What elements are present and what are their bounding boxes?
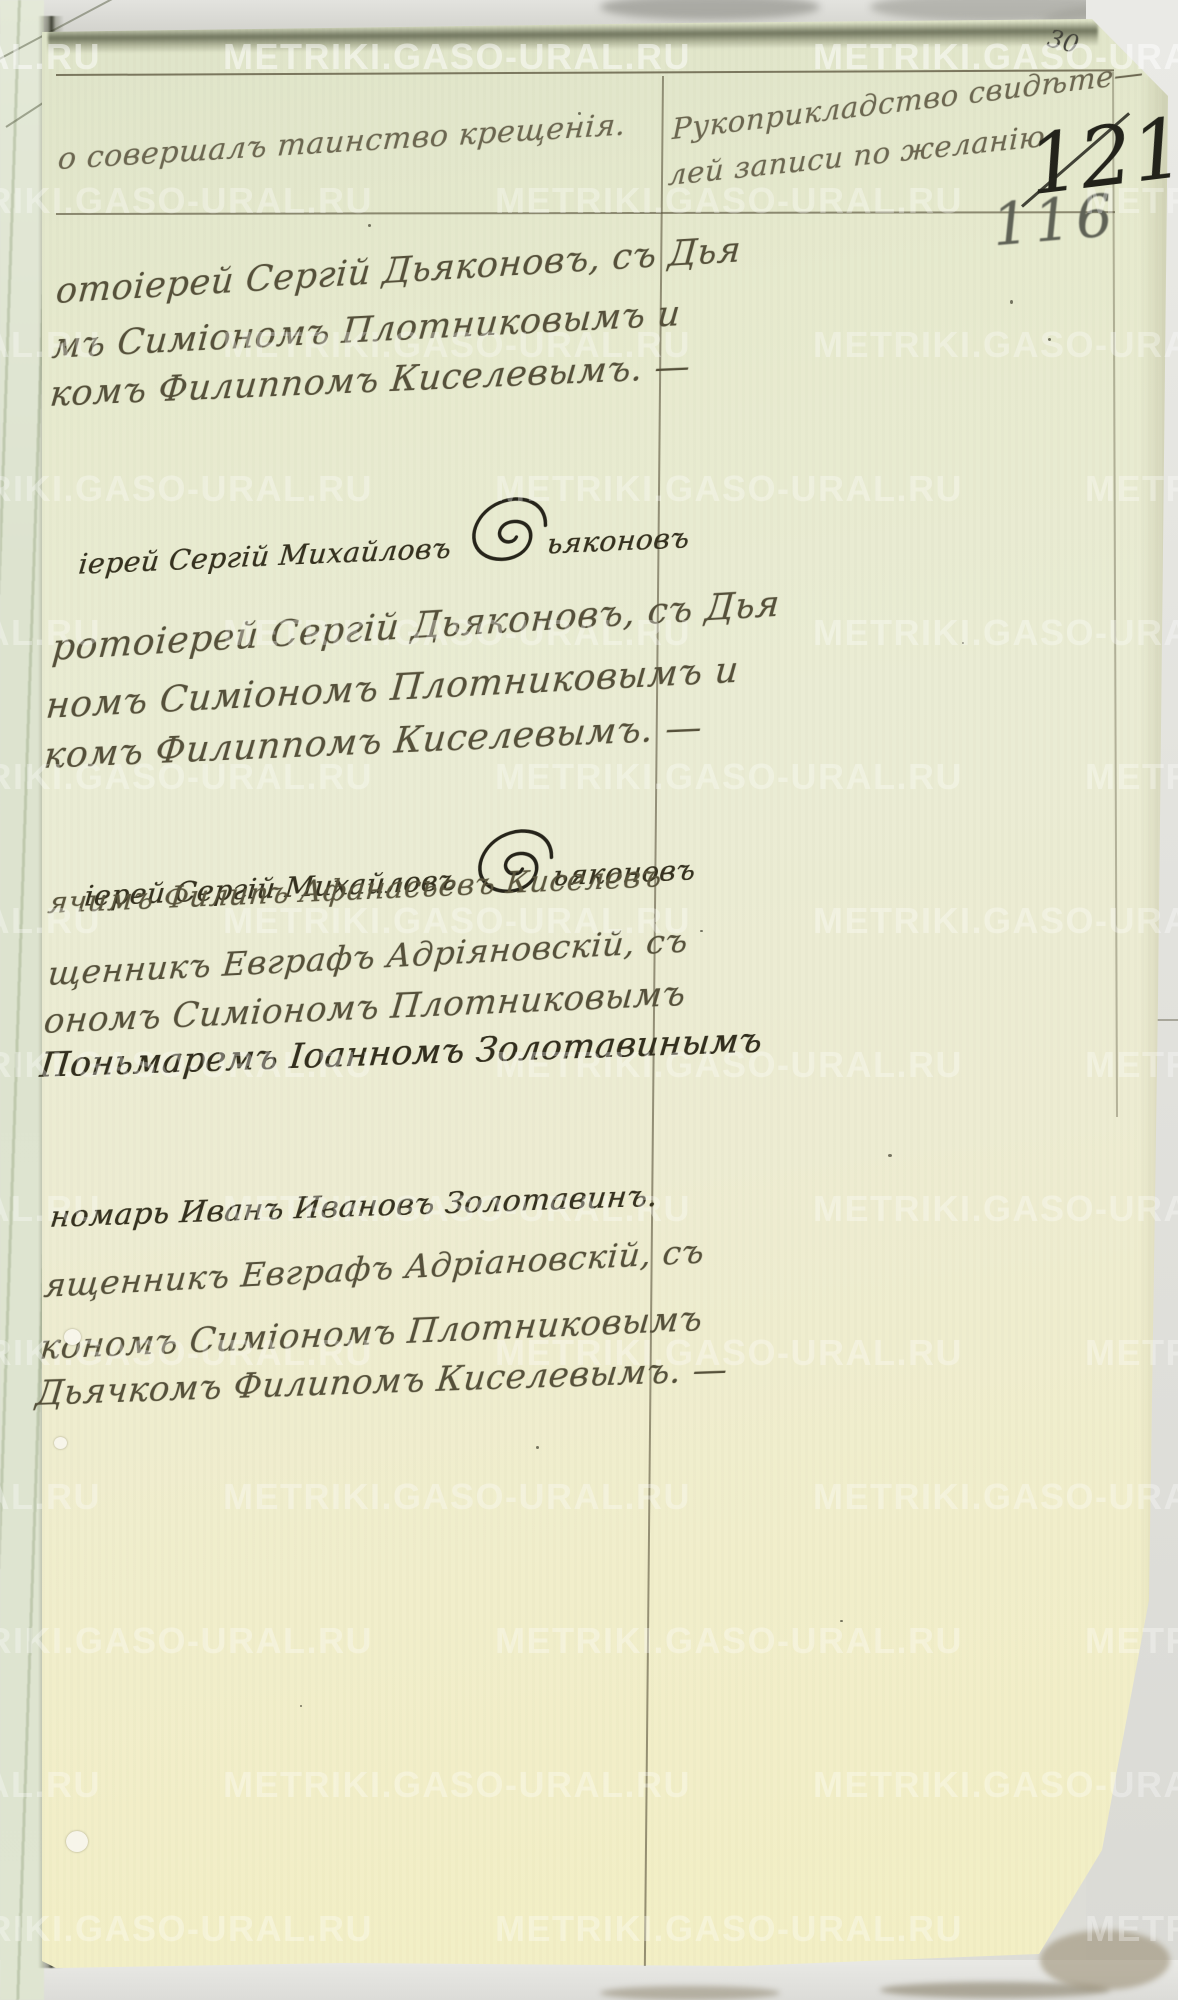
metric-book-scan: о совершалъ таинство крещенія. Рукоприкл… bbox=[0, 0, 1178, 2000]
ink-speck bbox=[840, 1620, 843, 1622]
paper-hole bbox=[66, 1831, 88, 1852]
signature-text: ьяконовъ bbox=[546, 521, 692, 560]
paper-hole bbox=[54, 1437, 67, 1449]
ink-speck bbox=[1048, 338, 1051, 341]
ink-speck bbox=[888, 1154, 892, 1157]
paper-hole bbox=[64, 1329, 81, 1345]
ink-speck bbox=[300, 1705, 302, 1707]
ink-speck bbox=[700, 930, 703, 932]
ink-speck bbox=[368, 224, 371, 227]
page-corner-curl bbox=[1040, 1930, 1170, 1990]
ink-speck bbox=[962, 642, 964, 644]
ink-speck bbox=[536, 1446, 539, 1449]
dirt-smudge bbox=[600, 1986, 780, 2000]
folio-number-pencil: 116 bbox=[989, 181, 1120, 260]
flourish-capital-d-icon bbox=[463, 492, 555, 570]
ink-speck bbox=[1010, 300, 1013, 304]
ink-speck bbox=[578, 112, 581, 115]
